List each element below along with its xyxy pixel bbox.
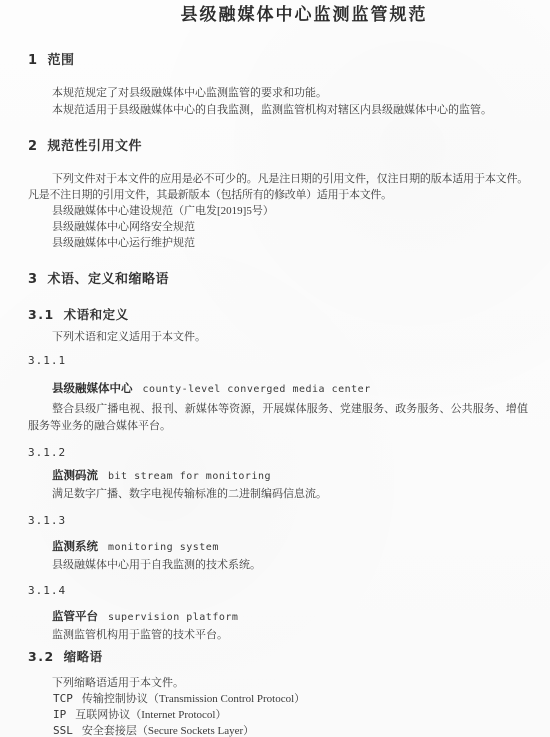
- term-4-chinese: 监管平台: [52, 611, 98, 623]
- term-2-chinese: 监测码流: [52, 470, 98, 482]
- term-2-english: bit stream for monitoring: [108, 471, 271, 482]
- scope-paragraph-2: 本规范适用于县级融媒体中心的自我监测，监测监管机构对辖区内县级融媒体中心的监管。: [28, 102, 528, 119]
- term-1-number: 3.1.1: [28, 354, 528, 368]
- terms-intro: 下列术语和定义适用于本文件。: [28, 329, 528, 345]
- term-1-english: county-level converged media center: [143, 384, 371, 395]
- term-4-number: 3.1.4: [28, 584, 528, 598]
- abbreviation-code: SSL: [53, 724, 73, 737]
- section-3-2-number: 3.2: [28, 650, 55, 664]
- section-3-2-title: 缩略语: [64, 650, 103, 664]
- section-2-number: 2: [28, 140, 39, 154]
- abbreviation-item: TCP传输控制协议（Transmission Control Protocol）: [28, 691, 528, 707]
- reference-item: 县级融媒体中心网络安全规范: [28, 219, 528, 235]
- abbreviation-english: （Internet Protocol）: [130, 709, 226, 721]
- document-page: 县级融媒体中心监测监管规范 1范围 本规范规定了对县级融媒体中心监测监管的要求和…: [0, 0, 550, 737]
- abbreviation-item: IP互联网协议（Internet Protocol）: [28, 707, 528, 723]
- term-1-definition: 整合县级广播电视、报刊、新媒体等资源，开展媒体服务、党建服务、政务服务、公共服务…: [28, 401, 528, 435]
- abbreviation-code: TCP: [53, 692, 73, 705]
- document-title: 县级融媒体中心监测监管规范: [54, 4, 550, 26]
- scope-paragraph-1: 本规范规定了对县级融媒体中心监测监管的要求和功能。: [28, 85, 528, 102]
- abbreviation-chinese: 互联网协议: [75, 709, 130, 721]
- abbreviation-list: TCP传输控制协议（Transmission Control Protocol）…: [28, 691, 528, 737]
- section-2-heading: 2规范性引用文件: [28, 139, 528, 154]
- term-3-chinese: 监测系统: [52, 541, 98, 553]
- term-1-entry: 县级融媒体中心county-level converged media cent…: [28, 380, 528, 398]
- term-3-definition: 县级融媒体中心用于自我监测的技术系统。: [28, 557, 528, 573]
- abbreviation-chinese: 传输控制协议: [82, 693, 148, 705]
- section-3-1-heading: 3.1术语和定义: [28, 308, 528, 322]
- term-4-definition: 监测监管机构用于监管的技术平台。: [28, 627, 528, 643]
- term-2-entry: 监测码流bit stream for monitoring: [28, 467, 528, 485]
- section-3-title: 术语、定义和缩略语: [48, 271, 170, 286]
- abbreviation-chinese: 安全套接层: [82, 725, 137, 737]
- section-3-heading: 3术语、定义和缩略语: [28, 272, 528, 287]
- abbreviation-item: SSL安全套接层（Secure Sockets Layer）: [28, 723, 528, 737]
- section-3-1-number: 3.1: [28, 308, 55, 322]
- section-1-title: 范围: [48, 52, 75, 67]
- abbreviation-code: IP: [53, 708, 66, 721]
- abbreviation-english: （Transmission Control Protocol）: [148, 693, 305, 705]
- term-3-entry: 监测系统monitoring system: [28, 538, 528, 556]
- term-2-definition: 满足数字广播、数字电视传输标准的二进制编码信息流。: [28, 486, 528, 502]
- reference-item: 县级融媒体中心建设规范（广电发[2019]5号）: [28, 203, 528, 219]
- section-3-number: 3: [28, 273, 39, 287]
- section-2-title: 规范性引用文件: [48, 138, 143, 153]
- term-3-number: 3.1.3: [28, 514, 528, 528]
- term-1-chinese: 县级融媒体中心: [52, 383, 133, 395]
- term-4-english: supervision platform: [108, 612, 238, 623]
- section-1-heading: 1范围: [28, 53, 528, 68]
- normative-references-paragraph: 下列文件对于本文件的应用是必不可少的。凡是注日期的引用文件，仅注日期的版本适用于…: [28, 171, 528, 203]
- term-2-number: 3.1.2: [28, 446, 528, 460]
- section-3-2-heading: 3.2缩略语: [28, 650, 528, 664]
- section-3-1-title: 术语和定义: [64, 308, 129, 322]
- reference-item: 县级融媒体中心运行维护规范: [28, 235, 528, 251]
- term-3-english: monitoring system: [108, 542, 219, 553]
- abbreviations-intro: 下列缩略语适用于本文件。: [28, 675, 528, 691]
- section-1-number: 1: [28, 54, 39, 68]
- term-4-entry: 监管平台supervision platform: [28, 608, 528, 626]
- reference-list: 县级融媒体中心建设规范（广电发[2019]5号） 县级融媒体中心网络安全规范 县…: [28, 203, 528, 251]
- abbreviation-english: （Secure Sockets Layer）: [137, 725, 254, 737]
